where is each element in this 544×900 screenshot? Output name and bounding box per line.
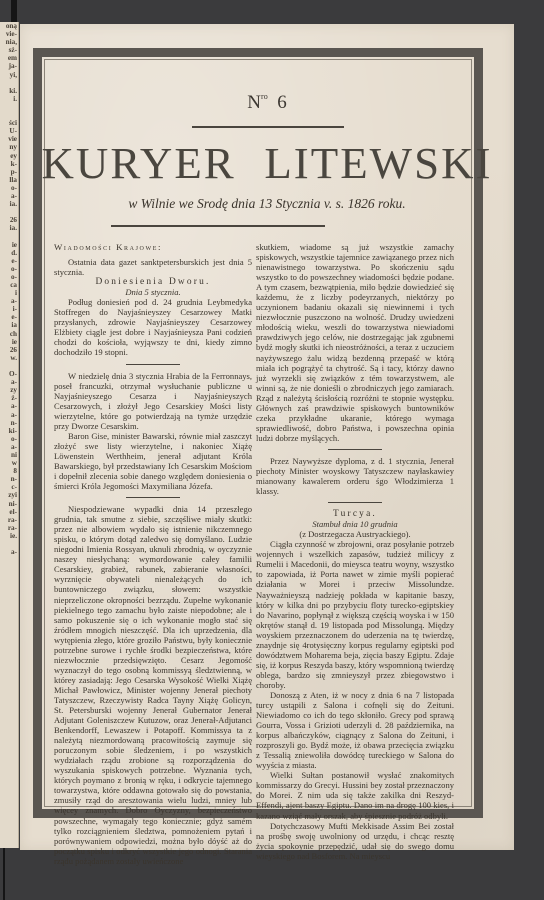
title-word-1: KURYER xyxy=(41,139,235,188)
article-paragraph: Ciągła czynność w zbrojowni, oraz posyła… xyxy=(256,539,454,690)
issue-number-superscript: ro xyxy=(261,92,268,101)
previous-page-text-fragments: oną vie- nia, sź- em ja- yi, ki. i. ści … xyxy=(0,22,18,556)
newspaper-title: KURYERLITEWSKI xyxy=(15,138,519,189)
article-source: (z Dostrzegacza Austryackiego). xyxy=(256,529,454,539)
masthead-rule-top xyxy=(192,126,344,128)
book-spine-shadow-bottom xyxy=(3,848,5,900)
issue-number: Nro 6 xyxy=(20,92,514,114)
article-separator xyxy=(328,449,382,450)
article-paragraph: Podług doniesień pod d. 24 grudnia Leybm… xyxy=(54,297,252,357)
article-dateline: Stambuł dnia 10 grudnia xyxy=(256,519,454,529)
article-separator xyxy=(126,364,180,365)
issue-number-prefix: N xyxy=(247,92,261,113)
article-separator xyxy=(328,502,382,503)
article-paragraph: W niedzielę dnia 3 stycznia Hrabia de la… xyxy=(54,371,252,431)
article-paragraph-continued: skutkiem, wiadome są już wszystkie zamac… xyxy=(256,242,454,443)
subheading-date: Dnia 5 stycznia. xyxy=(54,287,252,297)
section-heading-domestic: Wiadomości Krajowe: xyxy=(54,242,252,252)
article-intro: Ostatnia data gazet sanktpetersburskich … xyxy=(54,257,252,277)
newspaper-page: Nro 6 KURYERLITEWSKI w Wilnie we Srodę d… xyxy=(20,24,514,850)
book-spine-shadow xyxy=(11,0,17,24)
article-separator xyxy=(126,497,180,498)
section-heading-turkey: Turcya. xyxy=(256,509,454,519)
title-word-2: LITEWSKI xyxy=(264,139,492,188)
left-column: Wiadomości Krajowe: Ostatnia data gazet … xyxy=(54,242,252,866)
article-paragraph: Niespodziewane wypadki dnia 14 przeszłeg… xyxy=(54,504,252,866)
subheading-court-news: Doniesienia Dworu. xyxy=(54,277,252,287)
article-paragraph: Dotychczasowy Mufti Mekkisade Assim Bei … xyxy=(256,821,454,861)
masthead-rule-bottom xyxy=(111,225,325,227)
right-column: skutkiem, wiadome są już wszystkie zamac… xyxy=(256,242,454,861)
article-paragraph: Baron Gise, minister Bawarski, równie mi… xyxy=(54,431,252,491)
issue-dateline: w Wilnie we Srodę dnia 13 Stycznia v. s.… xyxy=(20,196,514,212)
article-paragraph: Donoszą z Aten, iż w nocy z dnia 6 na 7 … xyxy=(256,690,454,770)
article-paragraph: Wielki Sułtan postanowił wysłać znakomit… xyxy=(256,770,454,820)
issue-number-value: 6 xyxy=(277,92,287,113)
article-paragraph: Przez Naywyższe dyploma, z d. 1 stycznia… xyxy=(256,456,454,496)
